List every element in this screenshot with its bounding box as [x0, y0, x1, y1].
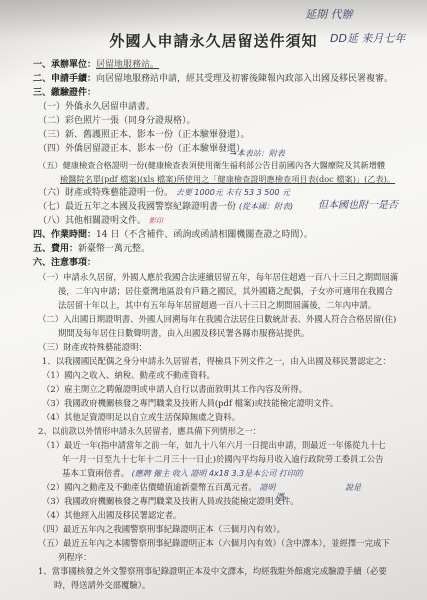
notice-line: （2）國內之動產及不動產估價總值逾新臺幣五百萬元者。 證明 — [42, 480, 275, 495]
list-item: （一）外僑永久居留申請書。 — [38, 100, 155, 114]
notice-line: 1、以我國國民配偶之身分申請永久居留者，得檢具下列文件之一，由入出國及移民署認定… — [42, 354, 391, 368]
handwritten-note: (應聘 僱主 收入 證明 4x18 3.3是本公司 打印的 — [132, 469, 303, 478]
list-item: （八）其他相關證明文件。 影印 — [38, 214, 163, 228]
notice-line: （四）最近五年內之我國警察刑事紀錄證明正本（三個月內有效）。 — [38, 522, 285, 536]
notice-line: 1、當事國核發之外文警察刑事紀錄證明正本及中文譯本，均經我駐外館處完成驗證手續（… — [38, 564, 387, 578]
notice-line: （1）最近一年(指申請當年之前一年，如九十八年六月一日提出申請，則最近一年係從九… — [42, 438, 386, 452]
section-5: 五、費用：新臺幣一萬元整。 — [33, 242, 150, 256]
handwritten-note: (從本國：附表) — [239, 202, 293, 211]
list-item: （六）財產或特殊藝能證明一份。 去要 1000元 未有 53 3 500 元 — [38, 186, 290, 200]
notice-line: 時，得送請外交部覆驗）。 — [54, 578, 150, 592]
list-item: （三）新、舊護照正本、影本一份（正本驗畢發還）。 — [38, 128, 250, 142]
section-1: 一、承辦單位：居留地服務站。 — [33, 58, 159, 72]
notice-line: （1）國內之收入、納稅、動產或不動產資料。 — [42, 368, 215, 382]
section-6-heading: 六、注意事項： — [33, 256, 96, 270]
notice-line: （三）財產或特殊藝能證明： — [38, 340, 147, 354]
notice-line: （二）入出國日期證明書、外國人回溯每年在我國合法居住日數統計表、外國人符合合格居… — [38, 312, 396, 326]
notice-line: （4）其他足資證明足以自立或生活保障無虞之資料。 — [42, 410, 240, 424]
notice-line: （3）我國政府機關核發之專門職業及技術人員(pdf 檔案)或技能檢定證明文件。 — [42, 396, 338, 410]
list-item: （五）健康檢查合格證明一份(健康檢查表須使用衛生福利部公告目前國內各大醫療院及其… — [38, 158, 385, 172]
notice-line: 列程序： — [58, 550, 92, 564]
handwritten-note: 去要 1000元 未有 53 3 500 元 — [176, 188, 290, 197]
handwritten-note: 證明 — [259, 483, 275, 492]
handwritten-note: 影印 — [149, 217, 163, 225]
document-page: 延期 代辦 DD延 来月七年 外國人申請永久居留送件須知 一、承辦單位：居留地服… — [0, 0, 427, 600]
notice-line: （3）我國政府機關核發之專門職業及技術人員或技能檢定證明文件。 — [42, 494, 299, 508]
notice-line: （一）申請永久居留，外國人應於我國合法連續居留五年，每年居住超過一百八十三日之期… — [38, 270, 398, 284]
handwritten-note: 延期 代辦 — [305, 6, 353, 22]
notice-line: （五）最近五年內之本國警察刑事紀錄證明正本（六個月內有效）（含中譯本），並經擇一… — [38, 536, 390, 550]
notice-line: 法居留十年以上，其中有五年每年居留超過一百八十三日之期間屆滿後，二年內申請。 — [58, 298, 376, 312]
notice-line: 期間及每年居住日數聲明書，由入出國及移民署各縣市服務站提供。 — [58, 326, 309, 340]
notice-line: 年一月一日至九十七年十二月三十一日止)於國內平均每月收入逾行政院勞工委員工公告 — [62, 452, 384, 466]
list-item: （二）彩色照片一張（同身分證規格）。 — [38, 114, 196, 128]
handwritten-note: 說是 — [345, 482, 361, 493]
section-3-heading: 三、繳驗證件： — [33, 86, 96, 100]
notice-line: 2、以前款以外情形申請永久居留者，應具備下列情形之一： — [38, 424, 261, 438]
notice-line: （2）雇主開立之聘僱證明或申請人自行以書面敘明其工作內容及所得。 — [42, 382, 307, 396]
section-2: 二、申請手續：向居留地服務站申請，經其受理及初審後陳報內政部入出國及移民署複審。 — [33, 72, 393, 86]
notice-line: 後，二年內申請；居住臺灣地區設有戶籍之國民，其外國籍之配偶，子女亦可適用在我國合 — [58, 284, 393, 298]
section-4: 四、作業時間：14 日（不含補件、函詢或函請相關機關查證之時間）。 — [33, 228, 313, 242]
document-title: 外國人申請永久居留送件須知 — [0, 30, 427, 51]
notice-line: 基本工資兩倍者。 (應聘 僱主 收入 證明 4x18 3.3是本公司 打印的 — [62, 466, 303, 481]
list-item: 檢醫院名單(pdf 檔案)(xls 檔案)所使用之「健康檢查證明應檢查項目表(d… — [60, 172, 395, 186]
handwritten-note: 但本國也附一是否 — [318, 196, 398, 211]
list-item: （四）外僑居留證正本、影本一份（正本驗畢發還）。 — [38, 142, 250, 156]
notice-line: （4）其他經入出國及移民署認定者。 — [42, 508, 181, 522]
list-item: （七）最近五年之本國及我國警察紀錄證明書一份 (從本國：附表) — [38, 200, 293, 214]
